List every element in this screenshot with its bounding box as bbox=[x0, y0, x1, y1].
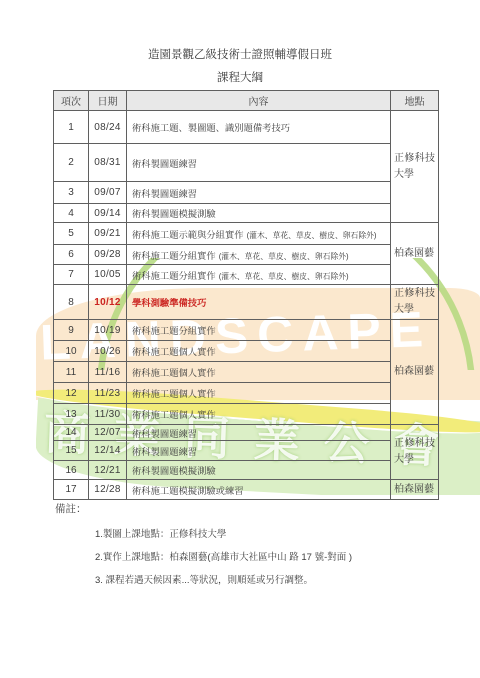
table-row: 17 12/28 術科施工題模擬測驗或練習 柏森園藝 bbox=[54, 480, 439, 500]
row-content-note: (灌木、草花、草皮、樹皮、卵石除外) bbox=[219, 252, 349, 261]
row-date: 09/14 bbox=[89, 204, 127, 223]
table-row: 6 09/28 術科施工題分組實作(灌木、草花、草皮、樹皮、卵石除外) bbox=[54, 245, 439, 265]
row-content: 術科施工題、製圖題、識別題備考技巧 bbox=[127, 111, 391, 144]
row-content: 術科製圖題練習 bbox=[127, 425, 391, 441]
row-content: 術科製圖題模擬測驗 bbox=[127, 204, 391, 223]
table-row: 3 09/07 術科製圖題練習 bbox=[54, 182, 439, 204]
row-date: 09/07 bbox=[89, 182, 127, 204]
row-content: 術科施工題分組實作 bbox=[127, 320, 391, 341]
row-no: 4 bbox=[54, 204, 89, 223]
row-date: 12/07 bbox=[89, 425, 127, 441]
page-title: 造園景觀乙級技術士證照輔導假日班 bbox=[0, 46, 480, 62]
row-date: 09/21 bbox=[89, 223, 127, 245]
table-row: 11 11/16 術科施工題個人實作 bbox=[54, 362, 439, 383]
row-location: 柏森園藝 bbox=[391, 480, 439, 500]
row-content-text: 術科施工題、製圖題、識別題備考技巧 bbox=[132, 123, 290, 133]
table-header-row: 項次 日期 內容 地點 bbox=[54, 91, 439, 111]
table-row: 4 09/14 術科製圖題模擬測驗 bbox=[54, 204, 439, 223]
row-location: 正修科技大學 bbox=[391, 111, 439, 223]
table-row: 2 08/31 術科製圖題練習 bbox=[54, 144, 439, 182]
row-content-text: 術科施工題分組實作 bbox=[132, 326, 216, 336]
row-content: 術科施工題個人實作 bbox=[127, 341, 391, 362]
row-date: 08/31 bbox=[89, 144, 127, 182]
row-no: 14 bbox=[54, 425, 89, 441]
header-date: 日期 bbox=[89, 91, 127, 111]
row-content: 術科製圖題練習 bbox=[127, 441, 391, 461]
note-item: 1.製圖上課地點：正修科技大學 bbox=[95, 526, 352, 540]
row-date: 11/30 bbox=[89, 404, 127, 425]
row-content-note: (灌木、草花、草皮、樹皮、卵石除外) bbox=[219, 272, 349, 281]
note-item: 2.實作上課地點：柏森園藝(高雄市大社區中山 路 17 號-對面 ) bbox=[95, 549, 352, 563]
row-content-text: 術科施工題分組實作 bbox=[132, 271, 216, 281]
row-location: 正修科技大學 bbox=[391, 285, 439, 320]
row-date: 08/24 bbox=[89, 111, 127, 144]
table-row: 12 11/23 術科施工題個人實作 bbox=[54, 383, 439, 404]
table-row: 10 10/26 術科施工題個人實作 bbox=[54, 341, 439, 362]
row-date: 11/23 bbox=[89, 383, 127, 404]
notes-label: 備註： bbox=[55, 501, 352, 516]
row-date: 10/12 bbox=[89, 285, 127, 320]
row-content-text: 術科製圖題練習 bbox=[132, 447, 197, 457]
table-row: 14 12/07 術科製圖題練習 正修科技大學 bbox=[54, 425, 439, 441]
row-no: 13 bbox=[54, 404, 89, 425]
row-date: 10/05 bbox=[89, 265, 127, 285]
row-no: 16 bbox=[54, 461, 89, 480]
note-item: 3. 課程若遇天候因素...等狀況，則順延或另行調整。 bbox=[95, 572, 352, 586]
row-no: 10 bbox=[54, 341, 89, 362]
row-content-text: 學科測驗準備技巧 bbox=[132, 298, 206, 308]
document-page: LANDSCAPE 商業同業公會 造園景觀乙級技術士證照輔導假日班 課程大綱 項… bbox=[0, 0, 480, 678]
row-no: 12 bbox=[54, 383, 89, 404]
row-content: 術科施工題分組實作(灌木、草花、草皮、樹皮、卵石除外) bbox=[127, 265, 391, 285]
row-content-text: 術科製圖題練習 bbox=[132, 189, 197, 199]
row-content-note: (灌木、草花、草皮、樹皮、卵石除外) bbox=[247, 231, 377, 240]
row-date: 12/14 bbox=[89, 441, 127, 461]
row-content-text: 術科施工題個人實作 bbox=[132, 389, 216, 399]
table-row: 16 12/21 術科製圖題模擬測驗 bbox=[54, 461, 439, 480]
row-content-text: 術科製圖題模擬測驗 bbox=[132, 209, 216, 219]
table-row: 9 10/19 術科施工題分組實作 柏森園藝 bbox=[54, 320, 439, 341]
header-content: 內容 bbox=[127, 91, 391, 111]
row-content: 術科製圖題模擬測驗 bbox=[127, 461, 391, 480]
row-content-text: 術科製圖題練習 bbox=[132, 429, 197, 439]
row-content: 術科施工題個人實作 bbox=[127, 362, 391, 383]
row-content-text: 術科施工題示範與分組實作 bbox=[132, 230, 244, 240]
row-content-text: 術科製圖題練習 bbox=[132, 159, 197, 169]
row-content: 術科製圖題練習 bbox=[127, 182, 391, 204]
row-no: 3 bbox=[54, 182, 89, 204]
row-location: 正修科技大學 bbox=[391, 425, 439, 480]
row-date: 09/28 bbox=[89, 245, 127, 265]
row-content-text: 術科施工題個人實作 bbox=[132, 410, 216, 420]
row-date: 10/19 bbox=[89, 320, 127, 341]
table-row: 13 11/30 術科施工題個人實作 bbox=[54, 404, 439, 425]
row-content: 術科施工題個人實作 bbox=[127, 383, 391, 404]
row-no: 17 bbox=[54, 480, 89, 500]
notes-section: 備註： 1.製圖上課地點：正修科技大學 2.實作上課地點：柏森園藝(高雄市大社區… bbox=[55, 501, 352, 595]
row-date: 12/21 bbox=[89, 461, 127, 480]
row-no: 8 bbox=[54, 285, 89, 320]
row-content-text: 術科施工題個人實作 bbox=[132, 368, 216, 378]
row-no: 15 bbox=[54, 441, 89, 461]
row-content-text: 術科施工題個人實作 bbox=[132, 347, 216, 357]
row-date: 11/16 bbox=[89, 362, 127, 383]
table-row: 7 10/05 術科施工題分組實作(灌木、草花、草皮、樹皮、卵石除外) bbox=[54, 265, 439, 285]
row-date: 12/28 bbox=[89, 480, 127, 500]
row-content-text: 術科施工題模擬測驗或練習 bbox=[132, 486, 244, 496]
page-subtitle: 課程大綱 bbox=[0, 69, 480, 85]
row-location: 柏森園藝 bbox=[391, 320, 439, 425]
row-no: 5 bbox=[54, 223, 89, 245]
row-location: 柏森園藝 bbox=[391, 223, 439, 285]
row-content: 術科施工題個人實作 bbox=[127, 404, 391, 425]
table-row: 15 12/14 術科製圖題練習 bbox=[54, 441, 439, 461]
header-location: 地點 bbox=[391, 91, 439, 111]
row-date: 10/26 bbox=[89, 341, 127, 362]
table-row: 1 08/24 術科施工題、製圖題、識別題備考技巧 正修科技大學 bbox=[54, 111, 439, 144]
row-content: 術科施工題示範與分組實作(灌木、草花、草皮、樹皮、卵石除外) bbox=[127, 223, 391, 245]
row-no: 6 bbox=[54, 245, 89, 265]
row-content: 術科製圖題練習 bbox=[127, 144, 391, 182]
row-no: 2 bbox=[54, 144, 89, 182]
table-row: 5 09/21 術科施工題示範與分組實作(灌木、草花、草皮、樹皮、卵石除外) 柏… bbox=[54, 223, 439, 245]
row-no: 1 bbox=[54, 111, 89, 144]
row-content: 學科測驗準備技巧 bbox=[127, 285, 391, 320]
row-content-text: 術科施工題分組實作 bbox=[132, 251, 216, 261]
schedule-table: 項次 日期 內容 地點 1 08/24 術科施工題、製圖題、識別題備考技巧 正修… bbox=[53, 90, 439, 500]
row-content: 術科施工題模擬測驗或練習 bbox=[127, 480, 391, 500]
table-row-highlighted: 8 10/12 學科測驗準備技巧 正修科技大學 bbox=[54, 285, 439, 320]
row-content-text: 術科製圖題模擬測驗 bbox=[132, 466, 216, 476]
row-no: 11 bbox=[54, 362, 89, 383]
row-no: 9 bbox=[54, 320, 89, 341]
row-content: 術科施工題分組實作(灌木、草花、草皮、樹皮、卵石除外) bbox=[127, 245, 391, 265]
header-no: 項次 bbox=[54, 91, 89, 111]
row-no: 7 bbox=[54, 265, 89, 285]
